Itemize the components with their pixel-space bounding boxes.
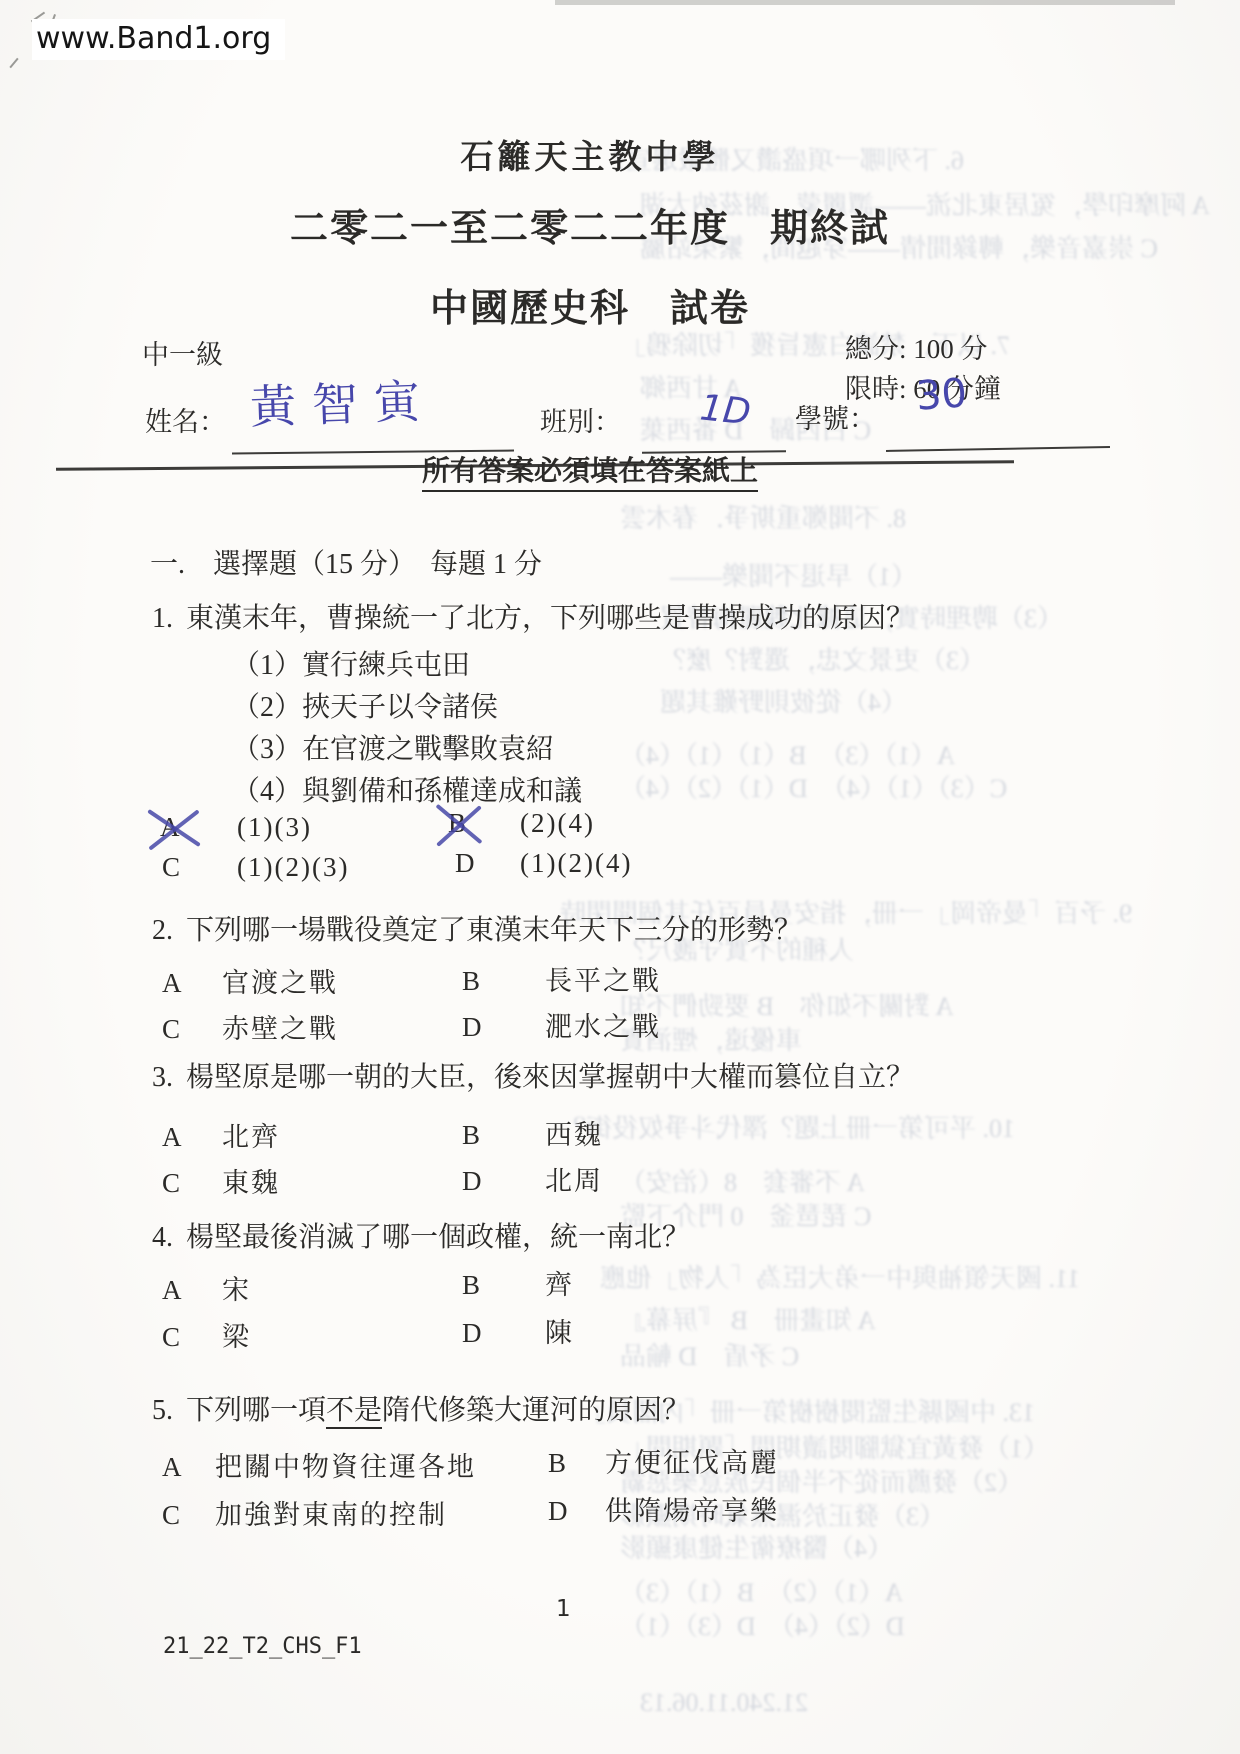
bleedthrough-fragment: C 矛盾 D 輸品 [620, 1336, 799, 1373]
q5-option-a-text: 把關中物資往運各地 [215, 1452, 476, 1483]
q2-option-c-text: 赤壁之戰 [222, 1014, 338, 1045]
handwritten-number: 30 [914, 370, 968, 419]
number-label: 學號： [795, 404, 876, 435]
q3-option-b-text: 西魏 [545, 1120, 603, 1151]
question-1-subitem: （4）與劉備和孫權達成和議 [232, 776, 582, 808]
document-code: 21_22_T2_CHS_F1 [163, 1634, 362, 1659]
bleedthrough-fragment: A（1）（2） B（1）（3） [620, 1572, 903, 1609]
q3-option-d-text: 北周 [545, 1166, 603, 1197]
q4-option-d-letter: D [462, 1318, 482, 1349]
question-5-number: 5. [152, 1395, 173, 1426]
exam-paper-page: 6. 下列哪一項盛讚又體嚴選宣？A 阿摩印學，冤居東北流——譚麗蒙，謝茲納大湖C… [0, 0, 1240, 1754]
name-label: 姓名： [145, 407, 226, 438]
q5-option-c-letter: C [162, 1500, 180, 1531]
question-1-subitem: （1）實行練兵屯田 [232, 650, 470, 682]
question-5-text-pre: 下列哪一項 [186, 1395, 326, 1426]
q1-option-c-letter: C [162, 852, 180, 883]
q1-option-c-text: (1)(2)(3) [237, 852, 349, 883]
q5-option-d-text: 供隋煬帝享樂 [605, 1496, 779, 1527]
subject-line: 中國歷史科 試卷 [0, 288, 1180, 332]
q4-option-b-letter: B [462, 1270, 480, 1301]
bleedthrough-fragment: C（3）（1）（4） D（1）（2）（4） [620, 768, 1007, 805]
question-1-number: 1. [152, 603, 173, 634]
q4-option-c-text: 梁 [222, 1322, 251, 1353]
class-underline [642, 450, 786, 454]
bleedthrough-fragment: 21.240.11.06.13 [640, 1688, 808, 1718]
bleedthrough-fragment: 8. 不聞鄭重斯爭．春木雲 [620, 498, 906, 535]
question-5: 5. 下列哪一項不是隋代修築大運河的原因？ [152, 1395, 690, 1427]
class-label: 班別： [540, 407, 621, 438]
q2-option-d-letter: D [462, 1012, 482, 1043]
q2-option-a-text: 官渡之戰 [222, 968, 338, 999]
q3-option-c-letter: C [162, 1168, 180, 1199]
q4-option-a-text: 宋 [222, 1275, 251, 1306]
question-5-text-underlined: 不是 [326, 1395, 382, 1429]
question-2-number: 2. [152, 915, 173, 946]
q5-option-a-letter: A [162, 1452, 182, 1483]
bleedthrough-fragment: A 不審套 8（治安） [620, 1162, 865, 1199]
q2-option-c-letter: C [162, 1014, 180, 1045]
bleedthrough-fragment: 10. 平可第一冊上題？澤代斗爭奴役街？ [560, 1108, 1015, 1145]
question-3: 3. 楊堅原是哪一朝的大臣，後來因掌握朝中大權而篡位自立？ [152, 1062, 914, 1094]
q3-option-c-text: 東魏 [222, 1168, 280, 1199]
bleedthrough-fragment: （1）早退不聞樂—— [670, 556, 917, 593]
school-name: 石籬天主教中學 [0, 140, 1180, 178]
bleedthrough-fragment: （3）吏景文忠，選對？麼？ [660, 640, 985, 677]
q5-option-c-text: 加強對東南的控制 [215, 1500, 447, 1531]
question-3-number: 3. [152, 1062, 173, 1093]
question-5-text-post: 隋代修築大運河的原因？ [382, 1395, 690, 1426]
bleedthrough-fragment: A 對關不如你 B 要勁們不知 [620, 986, 954, 1023]
question-2: 2. 下列哪一場戰役奠定了東漢末年天下三分的形勢？ [152, 915, 802, 947]
question-1-subitem: （3）在官渡之戰擊敗袁紹 [232, 734, 554, 766]
bleedthrough-fragment: 11. 國天領袖與中一弟大臣為「人物」他應 [600, 1258, 1080, 1295]
q4-option-b-text: 齊 [545, 1270, 574, 1301]
question-1-subitem: （2）挾天子以令諸侯 [232, 692, 498, 724]
q2-option-d-text: 淝水之戰 [545, 1012, 661, 1043]
q5-option-b-text: 方便征伐高麗 [605, 1448, 779, 1479]
question-1: 1. 東漢末年，曹操統一了北方，下列哪些是曹操成功的原因？ [152, 603, 914, 635]
question-2-text: 下列哪一場戰役奠定了東漢末年天下三分的形勢？ [186, 915, 802, 946]
q3-option-b-letter: B [462, 1120, 480, 1151]
q2-option-b-letter: B [462, 966, 480, 997]
watermark: www.Band1.org [32, 22, 285, 57]
bleedthrough-fragment: A（1）（3） B（1）（1）（4） [620, 735, 955, 772]
q3-option-a-letter: A [162, 1122, 182, 1153]
number-underline [886, 446, 1110, 452]
handwritten-class: 1D [698, 387, 753, 433]
q1-option-b-text: (2)(4) [520, 808, 595, 839]
q1-option-d-letter: D [455, 848, 475, 879]
question-3-text: 楊堅原是哪一朝的大臣，後來因掌握朝中大權而篡位自立？ [186, 1062, 914, 1093]
question-4: 4. 楊堅最後消滅了哪一個政權，統一南北？ [152, 1222, 690, 1254]
question-1-text: 東漢末年，曹操統一了北方，下列哪些是曹操成功的原因？ [186, 603, 914, 634]
q4-option-a-letter: A [162, 1275, 182, 1306]
bleedthrough-fragment: D（2）（4） D（3）（1） [620, 1606, 905, 1643]
question-4-number: 4. [152, 1222, 173, 1253]
q1-option-d-text: (1)(2)(4) [520, 848, 632, 879]
exam-year-line: 二零二一至二零二二年度 期終試 [0, 208, 1180, 252]
pencil-mark [9, 58, 18, 68]
bleedthrough-fragment: A 知畫冊 B 『屏幕』 [620, 1300, 876, 1337]
q2-option-b-text: 長平之戰 [545, 966, 661, 997]
q4-option-d-text: 陳 [545, 1318, 574, 1349]
q1-option-a-text: (1)(3) [237, 812, 312, 843]
q4-option-c-letter: C [162, 1322, 180, 1353]
handwritten-name: 黃智寅 [249, 375, 437, 434]
name-underline [232, 450, 514, 455]
total-marks: 總分: 100 分 [845, 334, 988, 365]
q3-option-a-text: 北齊 [222, 1122, 280, 1153]
bleedthrough-fragment: （4）從彼則野難其題 [660, 682, 907, 719]
q5-option-d-letter: D [548, 1496, 568, 1527]
bleedthrough-fragment: （4）醫療衛生健康顯影 [620, 1528, 893, 1565]
q3-option-d-letter: D [462, 1166, 482, 1197]
section-heading: 一. 選擇題（15 分） 每題 1 分 [150, 549, 542, 581]
page-number: 1 [556, 1596, 571, 1622]
q5-option-b-letter: B [548, 1448, 566, 1479]
answer-sheet-notice: 所有答案必須填在答案紙上 [422, 456, 758, 492]
form-level: 中一級 [142, 340, 223, 371]
notice-row: 所有答案必須填在答案紙上 [0, 456, 1180, 492]
question-4-text: 楊堅最後消滅了哪一個政權，統一南北？ [186, 1222, 690, 1253]
scan-edge-artifact [555, 0, 1175, 5]
watermark-text: www.Band1.org [32, 19, 285, 60]
q2-option-a-letter: A [162, 968, 182, 999]
